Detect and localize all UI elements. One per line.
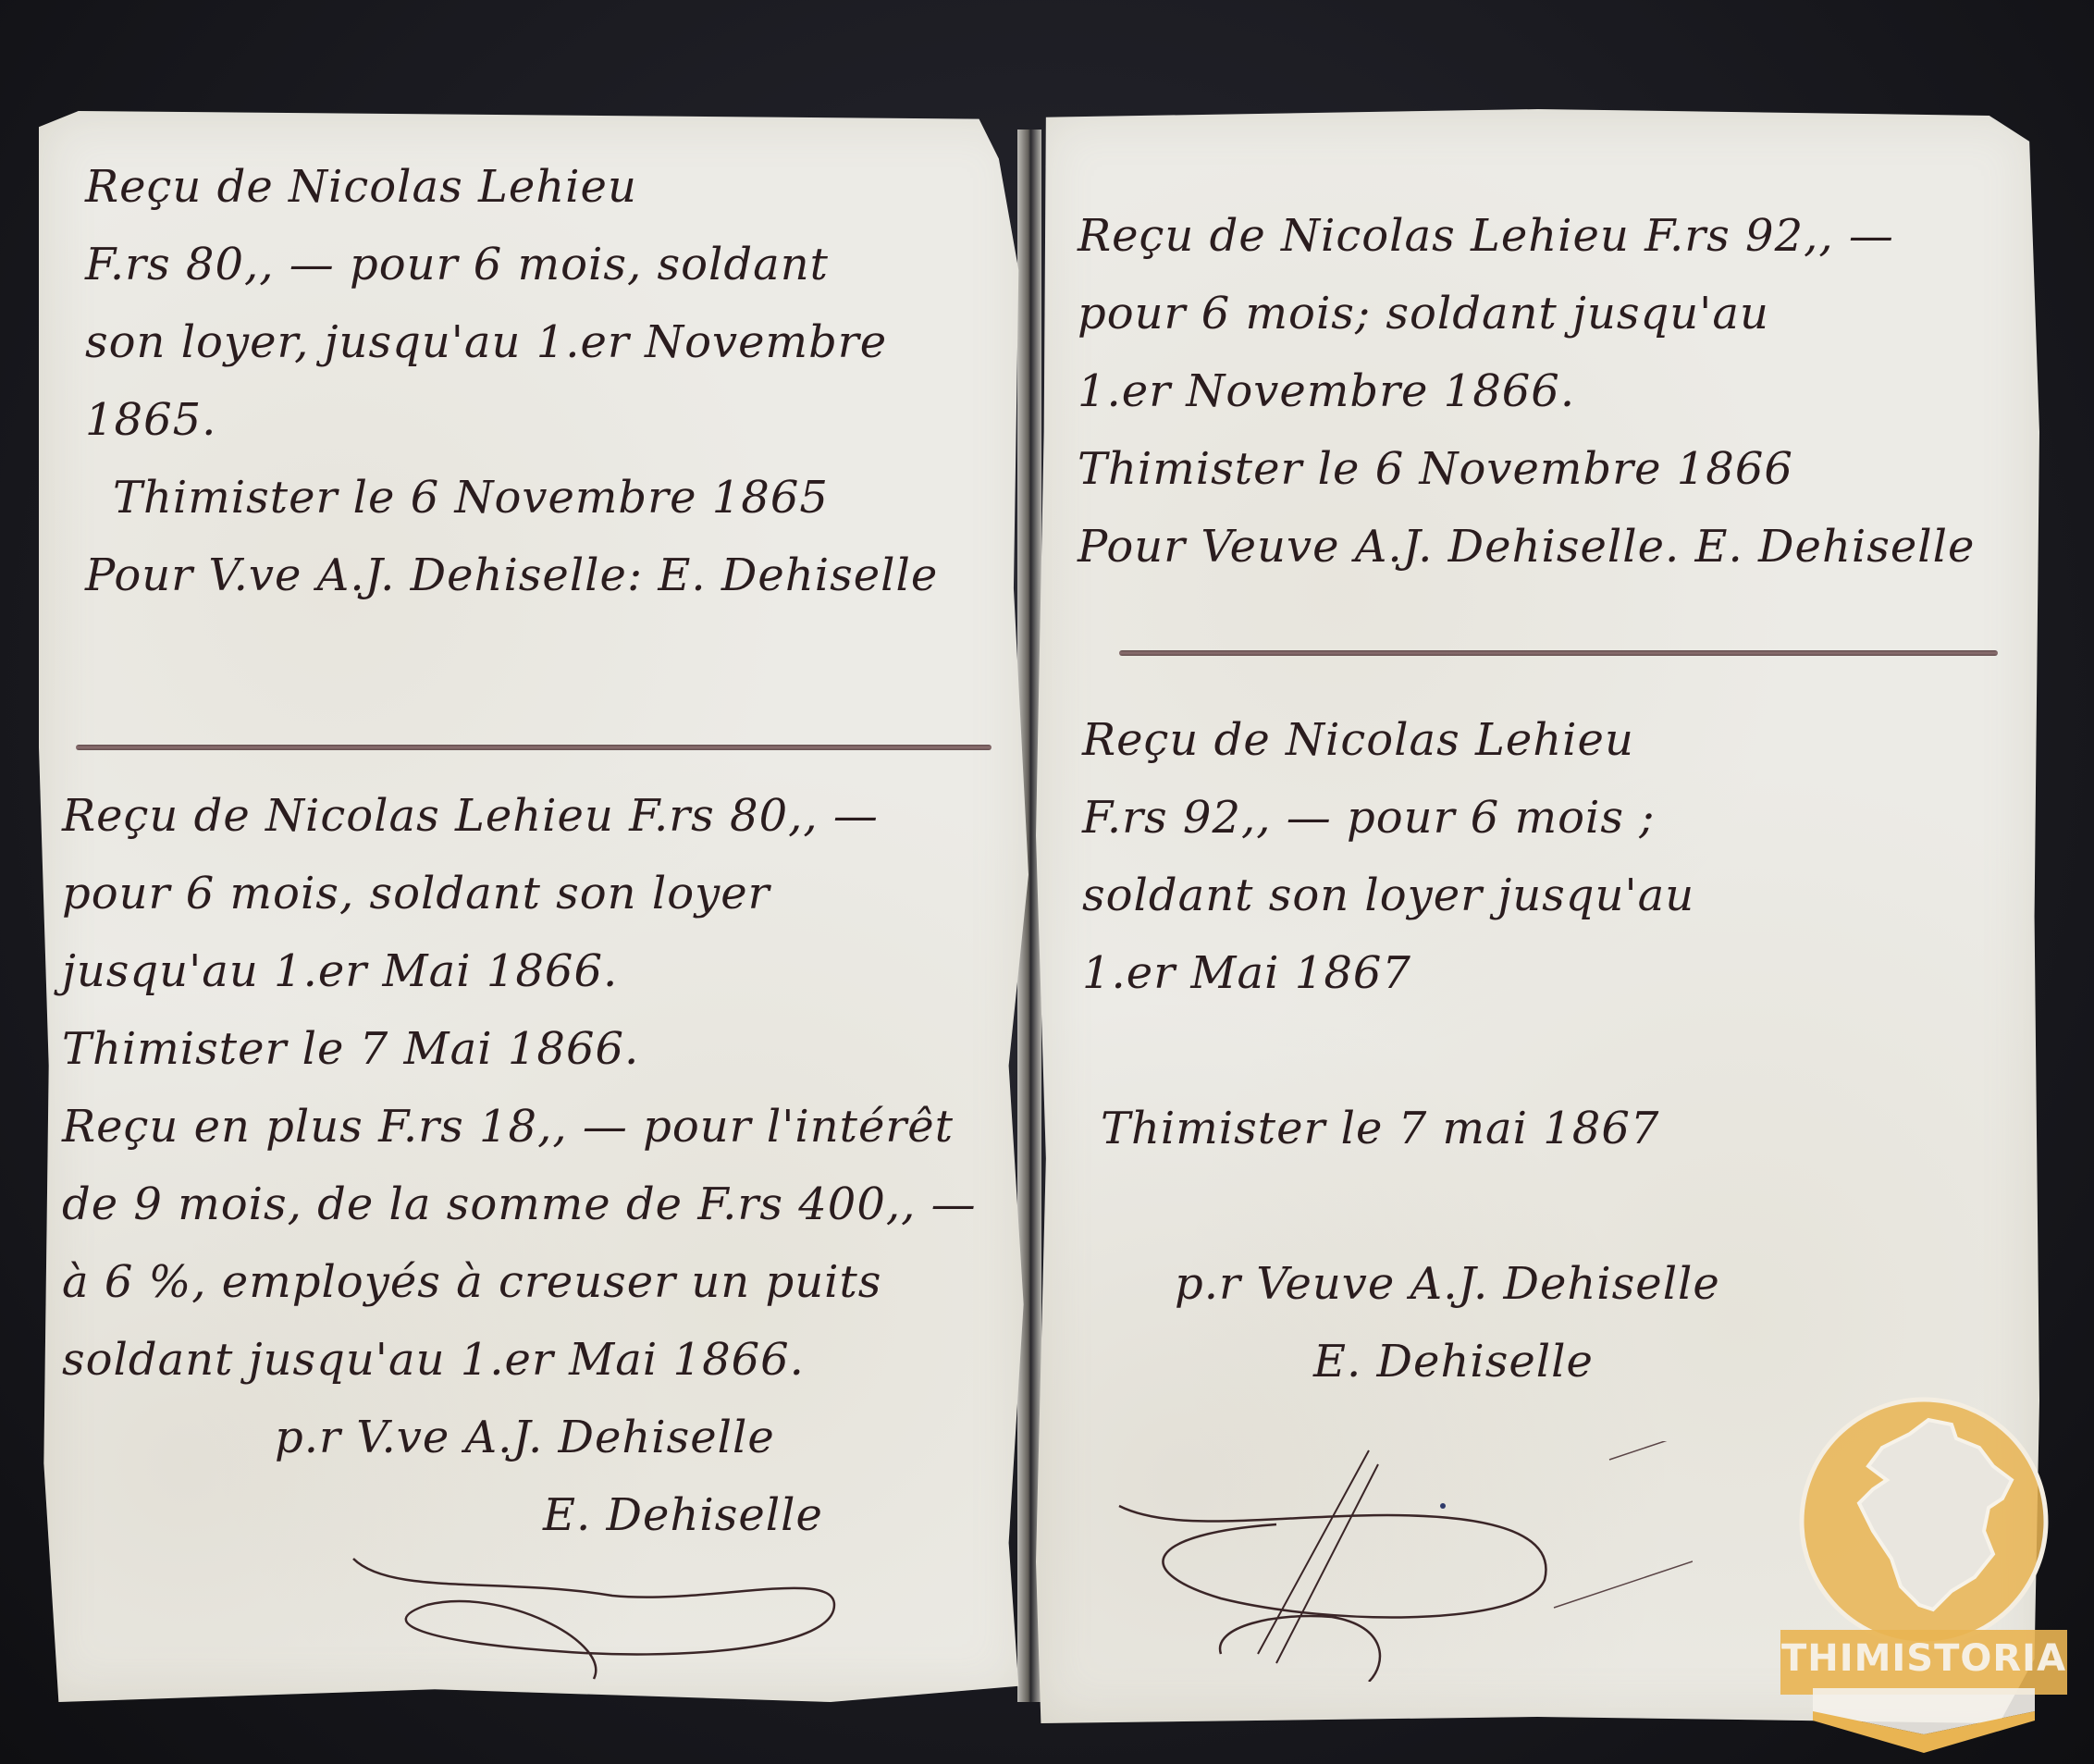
signature-flourish-icon [316,1540,871,1697]
entry-line: Reçu en plus F.rs 18,, — pour l'intérêt [62,1088,977,1166]
entry-divider [1119,650,1998,656]
entry-line: 1865. [85,381,938,459]
entry-line: 1.er Mai 1867 [1082,934,1720,1012]
receipt-entry-nov-1866: Reçu de Nicolas Lehieu F.rs 92,, — pour … [1078,197,1975,586]
entry-line: 1.er Novembre 1866. [1078,352,1975,430]
signature-line: p.r Veuve A.J. Dehiselle [1082,1245,1720,1323]
entry-line: à 6 %, employés à creuser un puits [62,1243,977,1321]
entry-line: Reçu de Nicolas Lehieu F.rs 92,, — [1078,197,1975,275]
receipt-entry-may-1866: Reçu de Nicolas Lehieu F.rs 80,, — pour … [62,777,977,1554]
entry-date-line: Thimister le 6 Novembre 1866 [1078,430,1975,508]
receipt-entry-nov-1865: Reçu de Nicolas Lehieu F.rs 80,, — pour … [85,148,938,614]
signature-line: E. Dehiselle [1082,1323,1720,1400]
entry-signature-line: Pour Veuve A.J. Dehiselle. E. Dehiselle [1078,508,1975,586]
entry-divider [76,745,992,750]
entry-line: F.rs 80,, — pour 6 mois, soldant [85,226,938,303]
entry-line: soldant jusqu'au 1.er Mai 1866. [62,1321,977,1399]
entry-line: Reçu de Nicolas Lehieu [1082,701,1720,779]
entry-line: pour 6 mois; soldant jusqu'au [1078,275,1975,352]
entry-line: Reçu de Nicolas Lehieu [85,148,938,226]
logo-brand-text: THIMISTORIA [1771,1637,2076,1680]
blank-line [1082,1167,1720,1245]
signature-line: p.r V.ve A.J. Dehiselle [62,1399,977,1476]
entry-signature-line: Pour V.ve A.J. Dehiselle: E. Dehiselle [85,537,938,614]
signature-flourish-icon [1091,1441,1693,1682]
entry-line: soldant son loyer jusqu'au [1082,857,1720,934]
entry-line: son loyer, jusqu'au 1.er Novembre [85,303,938,381]
entry-date-line: Thimister le 6 Novembre 1865 [85,459,938,537]
entry-date-line: Thimister le 7 mai 1867 [1082,1090,1720,1167]
receipt-entry-may-1867: Reçu de Nicolas Lehieu F.rs 92,, — pour … [1082,701,1720,1400]
entry-line: pour 6 mois, soldant son loyer [62,855,977,932]
entry-line: jusqu'au 1.er Mai 1866. [62,932,977,1010]
entry-date-line: Thimister le 7 Mai 1866. [62,1010,977,1088]
left-page: Reçu de Nicolas Lehieu F.rs 80,, — pour … [39,111,1029,1702]
entry-line: Reçu de Nicolas Lehieu F.rs 80,, — [62,777,977,855]
entry-line: F.rs 92,, — pour 6 mois ; [1082,779,1720,857]
logo-badge-icon [1771,1392,2076,1758]
entry-line: de 9 mois, de la somme de F.rs 400,, — [62,1166,977,1243]
blank-line [1082,1012,1720,1090]
thimistoria-logo: THIMISTORIA [1771,1392,2076,1758]
